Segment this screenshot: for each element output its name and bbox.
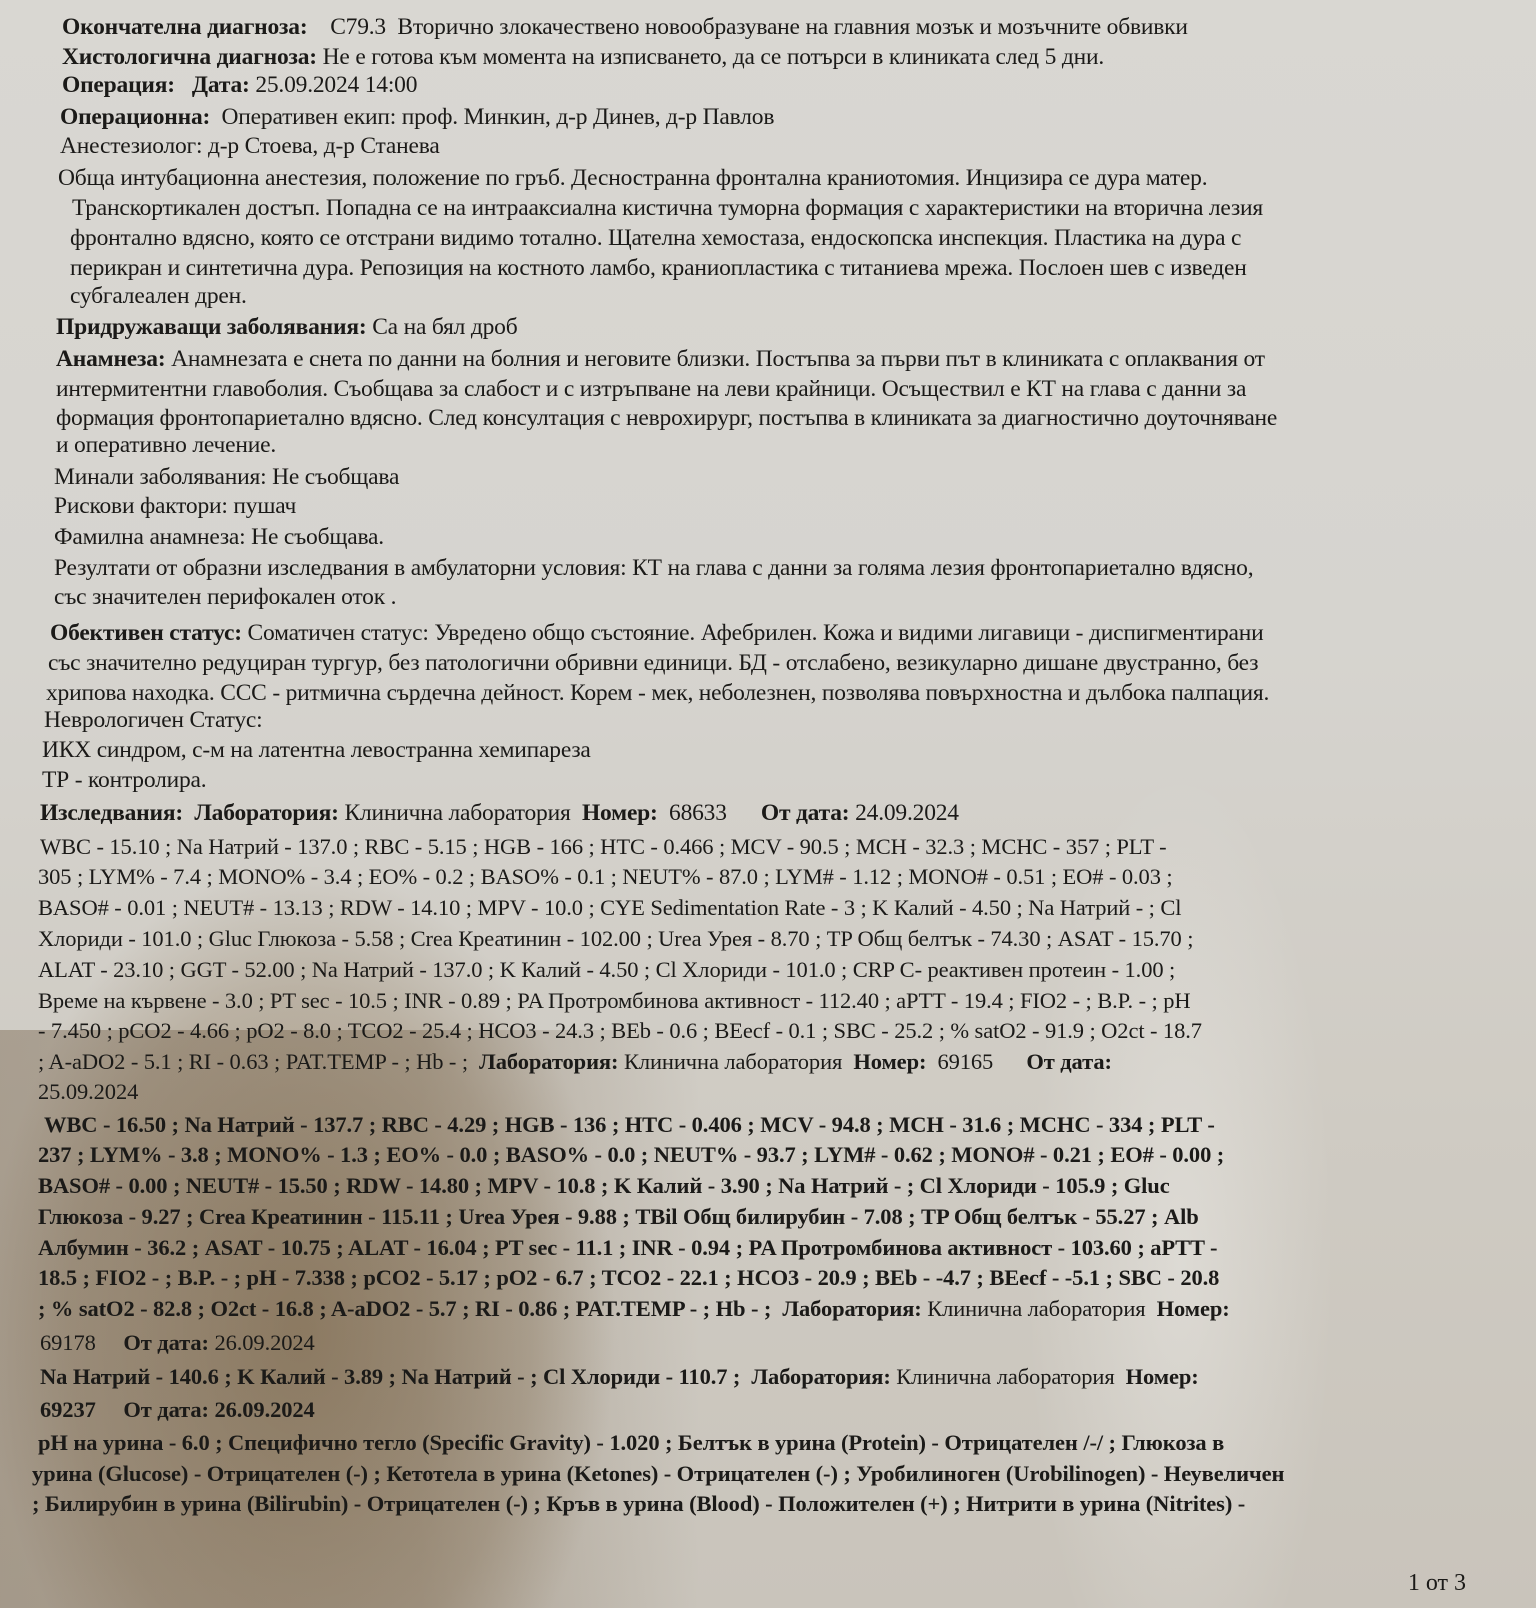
objective-status-line: хрипова находка. ССС - ритмична сърдечна… <box>46 678 1269 708</box>
lab-result-line: Na Натрий - 140.6 ; K Калий - 3.89 ; Na … <box>40 1362 1199 1392</box>
lab-date: 26.09.2024 <box>214 1397 314 1422</box>
comorbidities-label: Придружаващи заболявания: <box>56 314 367 340</box>
lab-result-line: ALAT - 23.10 ; GGT - 52.00 ; Na Натрий -… <box>38 955 1175 985</box>
neuro-status-label: Неврологичен Статус: <box>44 705 263 735</box>
lab-result-line: Време на кървене - 3.0 ; PT sec - 10.5 ;… <box>38 986 1191 1016</box>
operative-team: Оперативен екип: проф. Минкин, д-р Динев… <box>222 104 775 130</box>
lab-number-label: Номер: <box>1126 1364 1199 1389</box>
lab-name: Клинична лаборатория <box>896 1364 1114 1389</box>
lab-number-label: Номер: <box>853 1049 926 1074</box>
neuro-status-line: ТР - контролира. <box>42 765 206 795</box>
anesthesiologist-line: Анестезиолог: д-р Стоева, д-р Станева <box>60 131 440 161</box>
lab-number: 68633 <box>669 800 727 826</box>
lab-result-line: ; A-aDO2 - 5.1 ; RI - 0.63 ; PAT.TEMP - … <box>38 1047 1112 1077</box>
lab-name: Клинична лаборатория <box>927 1296 1145 1321</box>
lab-result-line: Албумин - 36.2 ; ASAT - 10.75 ; ALAT - 1… <box>38 1233 1217 1263</box>
past-diseases: Минали заболявания: Не съобщава <box>54 462 399 492</box>
anamnesis-line: формация фронтопариетално вдясно. След к… <box>56 403 1277 433</box>
lab-name: Клинична лаборатория <box>344 800 570 826</box>
risk-factors: Рискови фактори: пушач <box>54 491 296 521</box>
lab-result-line: 18.5 ; FIO2 - ; B.P. - ; pH - 7.338 ; pC… <box>38 1263 1219 1293</box>
lab-result-line: BASO# - 0.00 ; NEUT# - 15.50 ; RDW - 14.… <box>38 1171 1170 1201</box>
neuro-status-line: ИКХ синдром, с-м на латентна левостранна… <box>42 735 591 765</box>
lab-result-text: ; % satO2 - 82.8 ; O2ct - 16.8 ; A-aDO2 … <box>38 1296 771 1321</box>
lab-result-line: Хлориди - 101.0 ; Gluc Глюкоза - 5.58 ; … <box>38 924 1193 954</box>
lab-result-line: - 7.450 ; pCO2 - 4.66 ; pO2 - 8.0 ; TCO2… <box>38 1016 1202 1046</box>
lab-header: Изследвания: Лаборатория: Клинична лабор… <box>40 798 959 828</box>
lab-result-line: WBC - 16.50 ; Na Натрий - 137.7 ; RBC - … <box>44 1110 1215 1140</box>
anamnesis-line: Анамнеза: Анамнезата е снета по данни на… <box>56 344 1265 374</box>
discharge-document: Окончателна диагноза: C79.3 Вторично зло… <box>0 0 1536 1608</box>
operation-description-line: субгалеален дрен. <box>70 281 247 311</box>
lab-date-label: От дата: <box>123 1330 209 1355</box>
operation-line: Операция: Дата: 25.09.2024 14:00 <box>62 70 417 100</box>
lab-date: 25.09.2024 <box>38 1077 138 1107</box>
anamnesis-text: Анамнезата е снета по данни на болния и … <box>171 346 1265 372</box>
lab-date-label: От дата: <box>761 800 850 826</box>
histology-line: Хистологична диагноза: Не е готова към м… <box>62 42 1104 72</box>
lab-date-label: От дата: <box>1026 1049 1112 1074</box>
lab-result-text: Na Натрий - 140.6 ; K Калий - 3.89 ; Na … <box>40 1364 740 1389</box>
final-diagnosis-line: Окончателна диагноза: C79.3 Вторично зло… <box>62 12 1188 42</box>
lab-label: Лаборатория: <box>751 1364 890 1389</box>
investigations-label: Изследвания: <box>40 800 183 826</box>
urine-result-line: pH на урина - 6.0 ; Специфично тегло (Sp… <box>38 1428 1224 1458</box>
lab-result-text: ; A-aDO2 - 5.1 ; RI - 0.63 ; PAT.TEMP - … <box>38 1049 468 1074</box>
objective-status-line: Обективен статус: Соматичен статус: Увре… <box>50 618 1264 648</box>
anamnesis-label: Анамнеза: <box>56 346 165 372</box>
operation-label: Операция: <box>62 72 175 98</box>
lab-date: 26.09.2024 <box>214 1330 314 1355</box>
imaging-line: със значителен перифокален оток . <box>54 582 396 612</box>
objective-status-line: със значително редуциран тургур, без пат… <box>48 648 1258 678</box>
lab-number: 69165 <box>937 1049 993 1074</box>
page-indicator: 1 от 3 <box>1408 1570 1466 1597</box>
histology-text: Не е готова към момента на изписването, … <box>323 44 1104 70</box>
comorbidities-line: Придружаващи заболявания: Са на бял дроб <box>56 312 517 342</box>
anamnesis-line: и оперативно лечение. <box>56 430 276 460</box>
imaging-line: Резултати от образни изследвания в амбул… <box>54 553 1253 583</box>
final-diagnosis-label: Окончателна диагноза: <box>62 14 307 40</box>
lab-date-label: От дата: <box>123 1397 209 1422</box>
lab-number-label: Номер: <box>582 800 658 826</box>
lab-label: Лаборатория: <box>782 1296 921 1321</box>
diagnosis-text: Вторично злокачествено новообразуване на… <box>397 14 1187 40</box>
operative-team-line: Операционна: Оперативен екип: проф. Минк… <box>60 102 774 132</box>
comorbidities-text: Са на бял дроб <box>372 314 517 340</box>
objective-status-label: Обективен статус: <box>50 620 242 646</box>
operative-label: Операционна: <box>60 104 210 130</box>
diagnosis-code: C79.3 <box>330 14 386 40</box>
lab-result-line: Глюкоза - 9.27 ; Crea Креатинин - 115.11… <box>38 1202 1199 1232</box>
urine-result-line: урина (Glucose) - Отрицателен (-) ; Кето… <box>32 1459 1284 1489</box>
lab-number: 69178 <box>40 1330 96 1355</box>
lab-result-line: 305 ; LYM% - 7.4 ; MONO% - 3.4 ; EO% - 0… <box>38 862 1173 892</box>
lab-label: Лаборатория: <box>479 1049 618 1074</box>
objective-status-text: Соматичен статус: Увредено общо състояни… <box>248 620 1264 646</box>
lab-name: Клинична лаборатория <box>624 1049 842 1074</box>
lab-result-line: BASO# - 0.01 ; NEUT# - 13.13 ; RDW - 14.… <box>38 893 1181 923</box>
anamnesis-line: интермитентни главоболия. Съобщава за сл… <box>56 374 1246 404</box>
operation-description-line: Транскортикален достъп. Попадна се на ин… <box>72 193 1263 223</box>
histology-label: Хистологична диагноза: <box>62 44 317 70</box>
lab-header: 69178 От дата: 26.09.2024 <box>40 1328 315 1358</box>
urine-result-line: ; Билирубин в урина (Bilirubin) - Отрица… <box>32 1489 1245 1519</box>
lab-result-line: WBC - 15.10 ; Na Натрий - 137.0 ; RBC - … <box>40 832 1167 862</box>
lab-label: Лаборатория: <box>194 800 338 826</box>
lab-number: 69237 <box>40 1397 96 1422</box>
operation-description-line: перикран и синтетична дура. Репозиция на… <box>70 253 1247 283</box>
lab-date: 24.09.2024 <box>855 800 959 826</box>
lab-number-label: Номер: <box>1157 1296 1230 1321</box>
operation-description-line: фронтално вдясно, която се отстрани види… <box>70 223 1241 253</box>
family-history: Фамилна анамнеза: Не съобщава. <box>54 522 384 552</box>
operation-date-label: Дата: <box>192 72 250 98</box>
operation-description-line: Обща интубационна анестезия, положение п… <box>58 163 1207 193</box>
operation-date: 25.09.2024 14:00 <box>255 72 417 98</box>
lab-result-line: ; % satO2 - 82.8 ; O2ct - 16.8 ; A-aDO2 … <box>38 1294 1230 1324</box>
lab-result-line: 237 ; LYM% - 3.8 ; MONO% - 1.3 ; EO% - 0… <box>38 1140 1224 1170</box>
lab-header: 69237 От дата: 26.09.2024 <box>40 1395 315 1425</box>
